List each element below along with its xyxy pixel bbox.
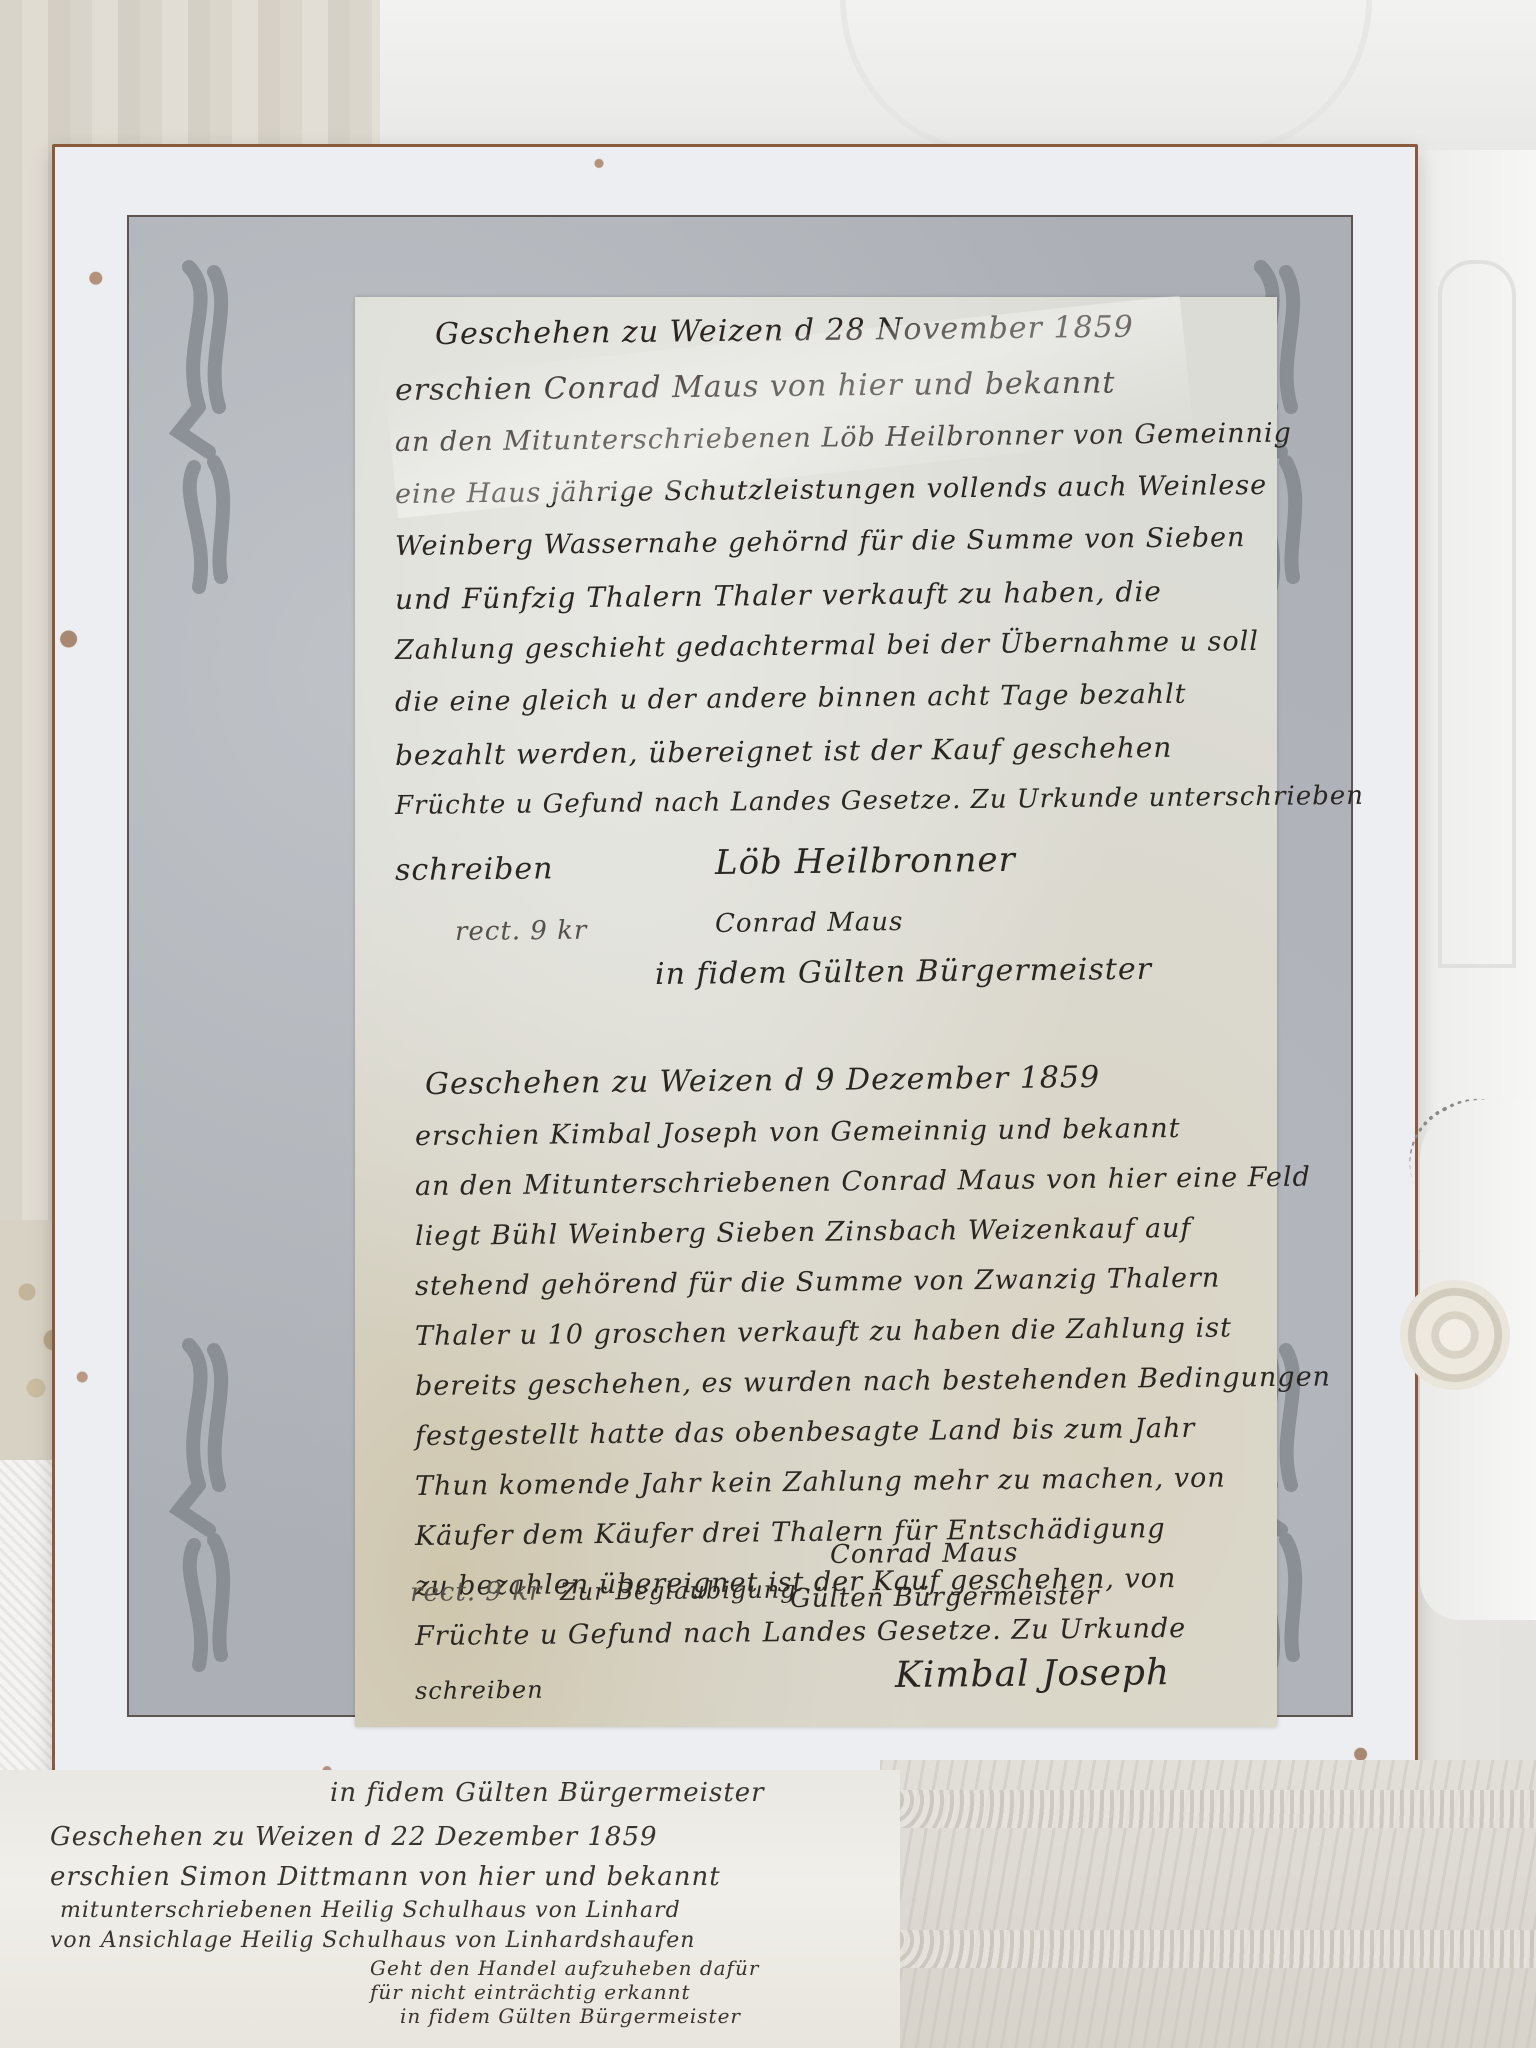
entry2-line: an den Mitunterschriebenen Conrad Maus v… bbox=[415, 1162, 1311, 1202]
entry2-attestation: Gülten Bürgermeister bbox=[790, 1581, 1100, 1614]
loose-doc-line: von Ansichlage Heilig Schulhaus von Linh… bbox=[50, 1928, 695, 1953]
entry1-line: die eine gleich u der andere binnen acht… bbox=[395, 679, 1187, 718]
flourish-icon-bottom-left bbox=[159, 1335, 249, 1675]
loose-doc-line: Geschehen zu Weizen d 22 Dezember 1859 bbox=[50, 1822, 658, 1852]
entry2-margin-note: rect. 9 kr bbox=[410, 1577, 543, 1608]
fabric-rose bbox=[1400, 1280, 1510, 1390]
entry1-signature-buyer: Löb Heilbronner bbox=[715, 840, 1016, 883]
flourish-icon-top-left bbox=[159, 257, 249, 597]
entry2-signature-buyer: Conrad Maus bbox=[830, 1538, 1019, 1570]
entry1-line: schreiben bbox=[395, 851, 554, 888]
entry2-line: Thun komende Jahr kein Zahlung mehr zu m… bbox=[415, 1463, 1226, 1502]
entry2-certification: Zur Beglaubigung bbox=[560, 1576, 797, 1606]
entry1-line: Zahlung geschieht gedachtermal bei der Ü… bbox=[395, 626, 1259, 666]
loose-doc-line: für nicht einträchtig erkannt bbox=[370, 1980, 691, 2004]
loose-doc-header: in fidem Gülten Bürgermeister bbox=[330, 1778, 765, 1808]
background-arch-molding bbox=[840, 0, 1372, 156]
entry2-line: Früchte u Gefund nach Landes Gesetze. Zu… bbox=[415, 1613, 1186, 1652]
handwritten-document: Geschehen zu Weizen d 28 November 1859 e… bbox=[355, 297, 1277, 1727]
loose-handwritten-document: in fidem Gülten Bürgermeister Geschehen … bbox=[0, 1770, 900, 2048]
loose-doc-line: Geht den Handel aufzuheben dafür bbox=[370, 1956, 759, 1980]
entry2-line: erschien Kimbal Joseph von Gemeinnig und… bbox=[415, 1113, 1181, 1152]
background-right-arch bbox=[1438, 260, 1516, 968]
entry2-line: schreiben bbox=[415, 1676, 544, 1705]
entry1-line: eine Haus jährige Schutzleistungen volle… bbox=[395, 470, 1267, 510]
entry1-signature-seller: Conrad Maus bbox=[715, 907, 904, 939]
loose-doc-line: in fidem Gülten Bürgermeister bbox=[400, 2004, 741, 2028]
entry1-line: an den Mitunterschriebenen Löb Heilbronn… bbox=[395, 418, 1292, 458]
entry1-margin-note: rect. 9 kr bbox=[455, 916, 588, 947]
entry1-attestation: in fidem Gülten Bürgermeister bbox=[655, 952, 1152, 992]
entry2-line: liegt Bühl Weinberg Sieben Zinsbach Weiz… bbox=[415, 1213, 1192, 1252]
entry1-line: Geschehen zu Weizen d 28 November 1859 bbox=[435, 310, 1134, 352]
loose-doc-line: mitunterschriebenen Heilig Schulhaus von… bbox=[60, 1898, 681, 1923]
picture-frame: Geschehen zu Weizen d 28 November 1859 e… bbox=[52, 144, 1418, 1790]
entry2-signature-seller: Kimbal Joseph bbox=[895, 1652, 1171, 1696]
entry1-line: Weinberg Wassernahe gehörnd für die Summ… bbox=[395, 522, 1246, 562]
loose-doc-line: erschien Simon Dittmann von hier und bek… bbox=[50, 1862, 721, 1892]
entry1-line: erschien Conrad Maus von hier und bekann… bbox=[395, 365, 1116, 408]
lace-band bbox=[880, 1790, 1536, 1828]
entry2-line: Geschehen zu Weizen d 9 Dezember 1859 bbox=[425, 1060, 1100, 1102]
entry1-line: Früchte u Gefund nach Landes Gesetze. Zu… bbox=[395, 781, 1364, 821]
frame-glass-area: Geschehen zu Weizen d 28 November 1859 e… bbox=[127, 215, 1353, 1717]
entry2-line: Käufer dem Käufer drei Thalern für Entsc… bbox=[415, 1513, 1166, 1552]
lace-fabric bbox=[880, 1760, 1536, 2048]
entry2-line: stehend gehörend für die Summe von Zwanz… bbox=[415, 1263, 1221, 1302]
entry1-line: bezahlt werden, übereignet ist der Kauf … bbox=[395, 731, 1173, 772]
entry2-line: bereits geschehen, es wurden nach besteh… bbox=[415, 1361, 1331, 1402]
lace-band bbox=[880, 1930, 1536, 1968]
entry1-line: und Fünfzig Thalern Thaler verkauft zu h… bbox=[395, 575, 1162, 616]
entry2-line: Thaler u 10 groschen verkauft zu haben d… bbox=[415, 1312, 1232, 1352]
entry2-line: festgestellt hatte das obenbesagte Land … bbox=[415, 1413, 1196, 1452]
